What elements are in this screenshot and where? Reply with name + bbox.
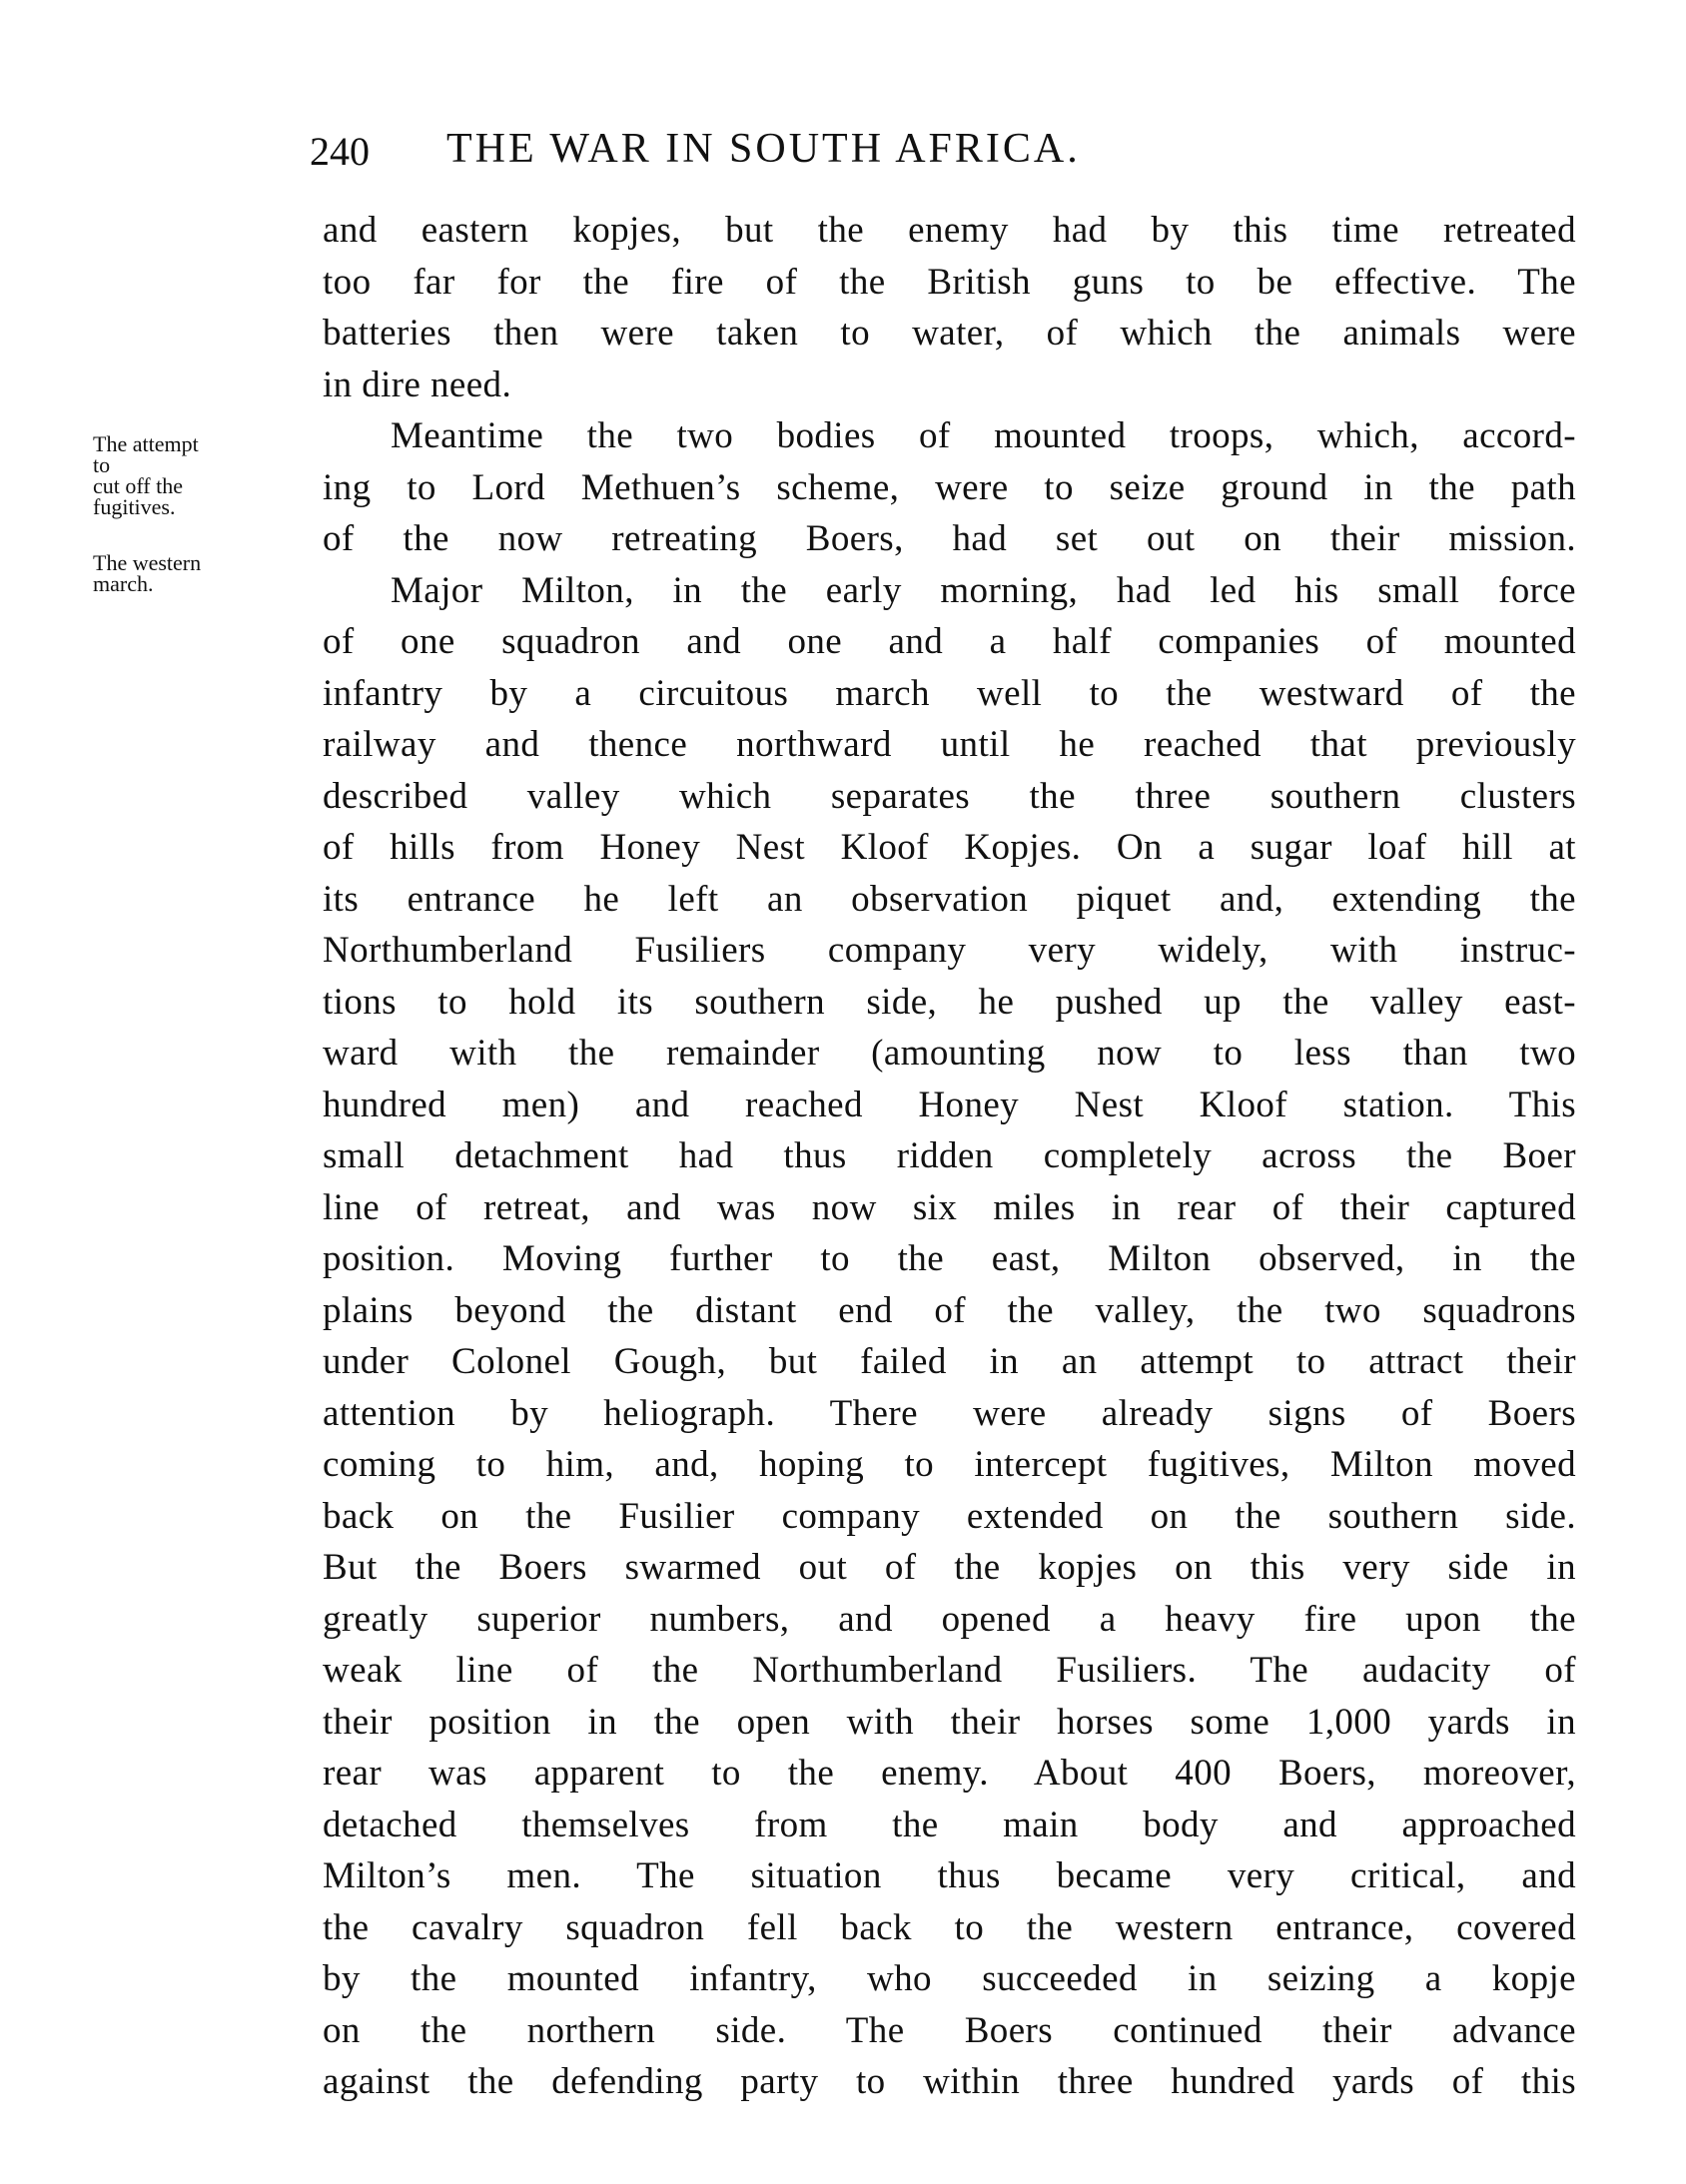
text-line: line of retreat, and was now six miles i… — [323, 1182, 1576, 1234]
text-line: position. Moving further to the east, Mi… — [323, 1233, 1576, 1285]
margin-note-western-march: The western march. — [93, 552, 303, 594]
text-line: described valley which separates the thr… — [323, 771, 1576, 823]
text-line: ing to Lord Methuen’s scheme, were to se… — [323, 462, 1576, 514]
text-line: small detachment had thus ridden complet… — [323, 1130, 1576, 1182]
text-line: weak line of the Northumberland Fusilier… — [323, 1645, 1576, 1697]
text-line: detached themselves from the main body a… — [323, 1800, 1576, 1851]
margin-note-line: cut off the — [93, 475, 303, 496]
text-line: plains beyond the distant end of the val… — [323, 1285, 1576, 1337]
text-line: against the defending party to within th… — [323, 2056, 1576, 2108]
text-line: ward with the remainder (amounting now t… — [323, 1028, 1576, 1080]
text-line: and eastern kopjes, but the enemy had by… — [323, 205, 1576, 257]
text-line: rear was apparent to the enemy. About 40… — [323, 1748, 1576, 1800]
text-line: of hills from Honey Nest Kloof Kopjes. O… — [323, 822, 1576, 874]
text-line: its entrance he left an observation piqu… — [323, 874, 1576, 926]
paragraph-start-line: Meantime the two bodies of mounted troop… — [323, 410, 1576, 462]
text-line: Milton’s men. The situation thus became … — [323, 1850, 1576, 1902]
text-line: Northumberland Fusiliers company very wi… — [323, 925, 1576, 977]
text-line: railway and thence northward until he re… — [323, 719, 1576, 771]
text-line: hundred men) and reached Honey Nest Kloo… — [323, 1080, 1576, 1131]
page-number: 240 — [310, 128, 370, 176]
text-line: the cavalry squadron fell back to the we… — [323, 1902, 1576, 1954]
margin-note-line: fugitives. — [93, 496, 303, 517]
margin-note-attempt-to-cut-off: The attempt to cut off the fugitives. — [93, 433, 303, 517]
text-line: infantry by a circuitous march well to t… — [323, 668, 1576, 720]
margin-note-line: The attempt — [93, 433, 303, 454]
paragraph-start-line: Major Milton, in the early morning, had … — [323, 565, 1576, 617]
text-line: coming to him, and, hoping to intercept … — [323, 1439, 1576, 1491]
margin-note-line: The western — [93, 552, 303, 573]
text-line: by the mounted infantry, who succeeded i… — [323, 1953, 1576, 2005]
text-line: of the now retreating Boers, had set out… — [323, 513, 1576, 565]
text-line: batteries then were taken to water, of w… — [323, 308, 1576, 360]
text-line: too far for the fire of the British guns… — [323, 257, 1576, 309]
text-line: under Colonel Gough, but failed in an at… — [323, 1336, 1576, 1388]
text-line: But the Boers swarmed out of the kopjes … — [323, 1542, 1576, 1594]
running-title: THE WAR IN SOUTH AFRICA. — [446, 124, 1305, 174]
text-line: their position in the open with their ho… — [323, 1697, 1576, 1749]
body-text: and eastern kopjes, but the enemy had by… — [323, 205, 1576, 2108]
margin-note-line: to — [93, 454, 303, 475]
text-line: on the northern side. The Boers continue… — [323, 2005, 1576, 2057]
text-line: greatly superior numbers, and opened a h… — [323, 1594, 1576, 1646]
text-line: tions to hold its southern side, he push… — [323, 977, 1576, 1029]
text-line: attention by heliograph. There were alre… — [323, 1388, 1576, 1440]
text-line: of one squadron and one and a half compa… — [323, 616, 1576, 668]
text-line: back on the Fusilier company extended on… — [323, 1491, 1576, 1543]
margin-note-line: march. — [93, 573, 303, 594]
text-line: in dire need. — [323, 360, 1576, 411]
